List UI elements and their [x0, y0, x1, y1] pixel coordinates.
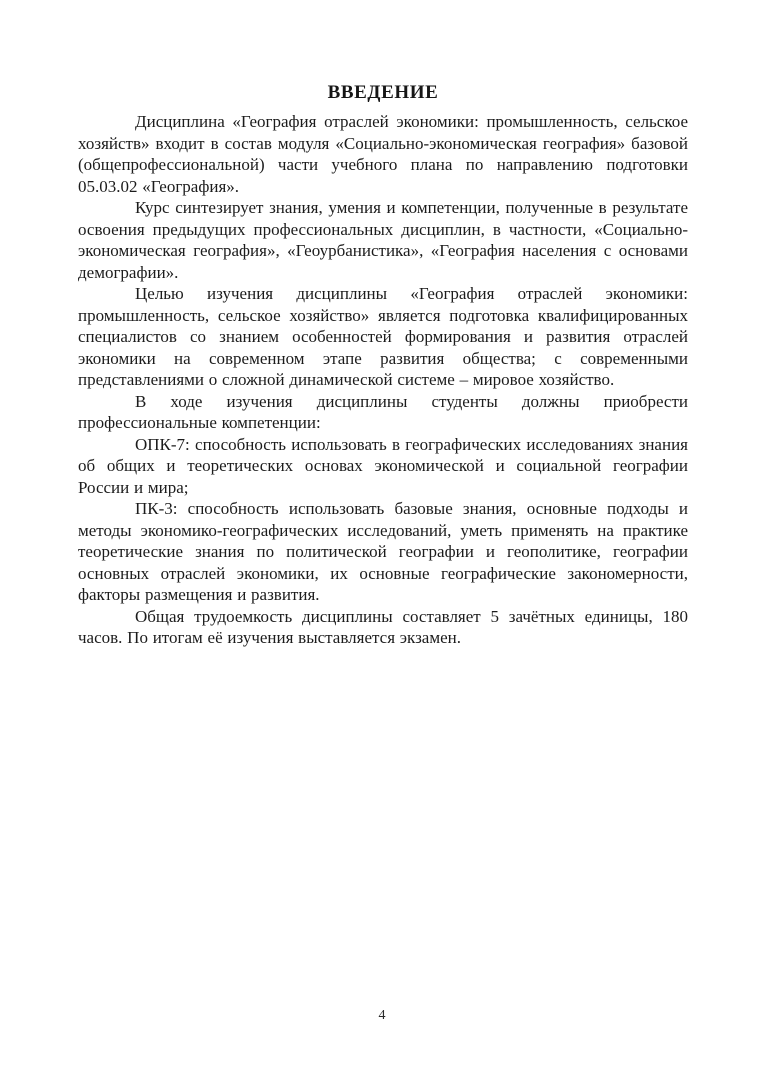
paragraph-competency-opk7: ОПК-7: способность использовать в геогра… [78, 434, 688, 499]
paragraph-competencies-lead: В ходе изучения дисциплины студенты долж… [78, 391, 688, 434]
document-page: ВВЕДЕНИЕ Дисциплина «География отраслей … [0, 0, 764, 1080]
paragraph-discipline-intro: Дисциплина «География отраслей экономики… [78, 111, 688, 197]
paragraph-course-synthesis: Курс синтезирует знания, умения и компет… [78, 197, 688, 283]
paragraph-competency-pk3: ПК-3: способность использовать базовые з… [78, 498, 688, 606]
paragraph-course-goal: Целью изучения дисциплины «География отр… [78, 283, 688, 391]
body-text: Дисциплина «География отраслей экономики… [78, 111, 688, 649]
page-title: ВВЕДЕНИЕ [78, 82, 688, 104]
page-number: 4 [0, 1008, 764, 1024]
paragraph-workload: Общая трудоемкость дисциплины составляет… [78, 606, 688, 649]
